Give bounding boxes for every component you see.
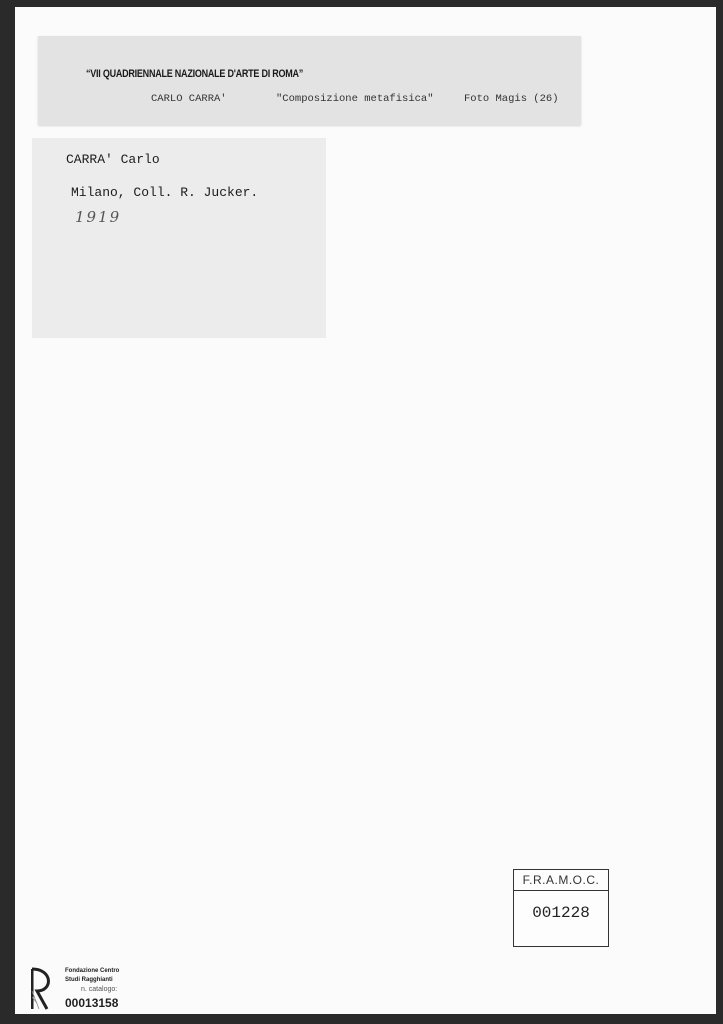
card-location: Milano, Coll. R. Jucker. bbox=[71, 185, 258, 200]
stamp-number: 001228 bbox=[514, 891, 608, 935]
card-year: 1919 bbox=[75, 208, 121, 226]
institution-line1: Fondazione Centro bbox=[65, 968, 119, 974]
strip-artist: CARLO CARRA' bbox=[151, 93, 227, 105]
exhibition-title: “VII QUADRIENNALE NAZIONALE D'ARTE DI RO… bbox=[86, 68, 303, 80]
framoc-stamp: F.R.A.M.O.C. 001228 bbox=[513, 869, 609, 947]
index-card: CARRA' Carlo Milano, Coll. R. Jucker. 19… bbox=[32, 138, 326, 338]
archive-photo-back: “VII QUADRIENNALE NAZIONALE D'ARTE DI RO… bbox=[15, 7, 716, 1014]
strip-photo-credit: Foto Magis (26) bbox=[464, 93, 559, 105]
exhibition-label-strip: “VII QUADRIENNALE NAZIONALE D'ARTE DI RO… bbox=[38, 36, 581, 125]
catalog-label: n. catalogo: bbox=[81, 986, 117, 993]
ragghianti-r-logo-icon bbox=[31, 967, 51, 1011]
card-artist-name: CARRA' Carlo bbox=[66, 152, 160, 167]
stamp-header: F.R.A.M.O.C. bbox=[514, 870, 608, 891]
strip-work-title: "Composizione metafisica" bbox=[276, 93, 434, 105]
institution-line2: Studi Ragghianti bbox=[65, 977, 113, 983]
catalog-number: 00013158 bbox=[65, 996, 118, 1010]
